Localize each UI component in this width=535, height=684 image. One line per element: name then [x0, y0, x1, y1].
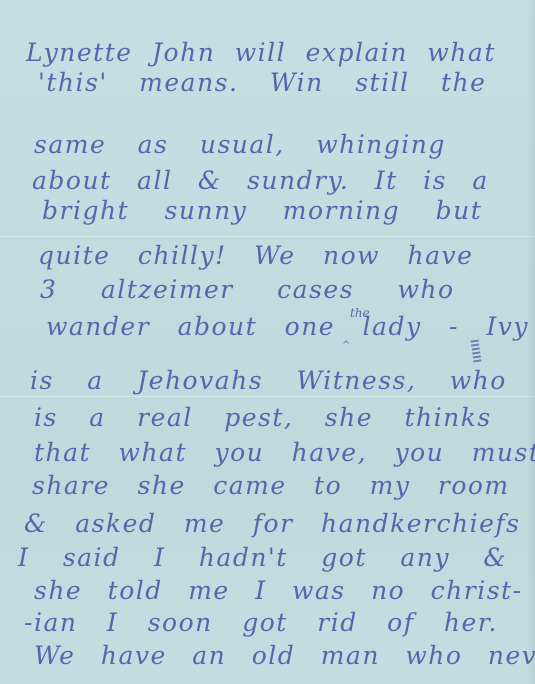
letter-line-5: bright sunny morning but — [42, 198, 482, 223]
letter-line-1: Lynette John will explain what — [26, 40, 496, 65]
letter-line-3: same as usual, whinging — [34, 132, 446, 157]
letter-line-11: that what you have, you must — [34, 440, 535, 465]
letter-line-10: is a real pest, she thinks — [34, 405, 492, 430]
letter-line-4: about all & sundry. It is a — [32, 168, 489, 193]
letter-line-8: wander about one lady - Ivy — [46, 314, 529, 339]
letter-page: Lynette John will explain what 'this' me… — [0, 0, 535, 684]
letter-line-13: & asked me for handkerchiefs — [24, 511, 520, 536]
letter-line-16: -ian I soon got rid of her. — [24, 610, 498, 635]
letter-line-7: 3 altzeimer cases who — [40, 277, 455, 302]
letter-line-15: she told me I was no christ- — [34, 578, 523, 603]
paper-edge-shadow — [527, 0, 535, 684]
paper-fold — [0, 236, 535, 237]
letter-line-2: 'this' means. Win still the — [38, 70, 486, 95]
letter-line-6: quite chilly! We now have — [38, 243, 473, 268]
inserted-word-the: the — [350, 306, 370, 320]
paper-fold — [0, 396, 535, 397]
letter-line-9: is a Jehovahs Witness, who — [30, 368, 507, 393]
crossed-out-mark — [471, 340, 482, 363]
letter-line-14: I said I hadn't got any & — [18, 545, 507, 570]
letter-line-12: share she came to my room — [32, 473, 510, 498]
insertion-caret: ^ — [342, 340, 350, 351]
letter-line-17: We have an old man who never — [34, 643, 535, 668]
